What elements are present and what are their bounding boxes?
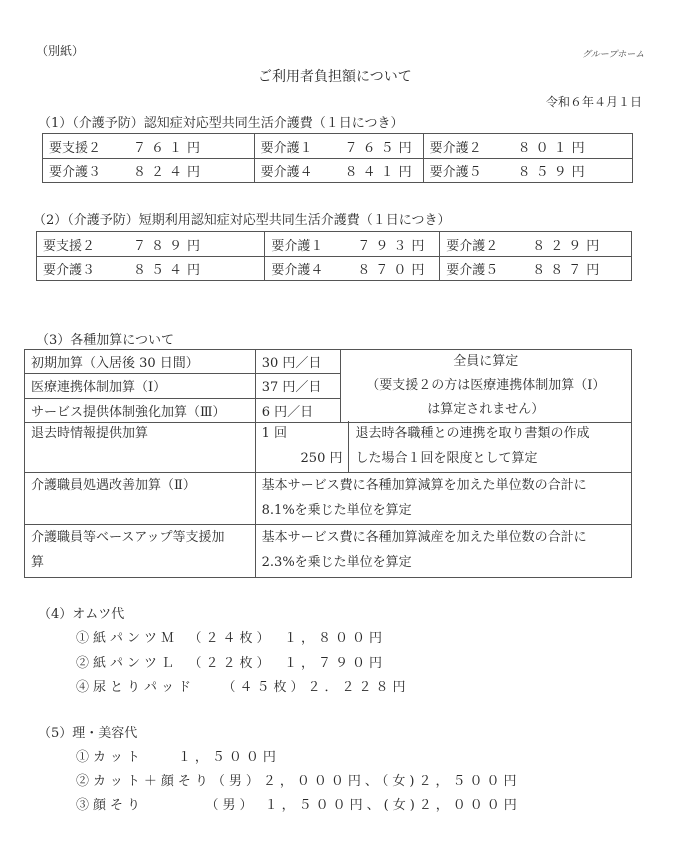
fee-cell: 要介護３８５４円 — [37, 257, 265, 281]
note-line: 全員に算定 — [347, 350, 625, 374]
addition-description: 基本サービス費に各種加算減算を加えた単位数の合計に 8.1%を乗じた単位を算定 — [255, 473, 631, 525]
fee-cell: 要支援２７８９円 — [37, 232, 265, 257]
amount-line: 250 円 — [262, 446, 343, 471]
addition-name: 介護職員処遇改善加算（Ⅱ） — [25, 473, 256, 525]
table-row: 要介護３８２４円 要介護４８４１円 要介護５８５９円 — [43, 159, 633, 183]
fee-cell: 要介護２８２９円 — [440, 232, 632, 257]
list-item: ③顔そり （男） １，５００円、(女)２，０００円 — [76, 794, 521, 813]
fee-value: ８５４円 — [133, 259, 205, 278]
addition-amount: 6 円／日 — [255, 398, 340, 422]
fee-value: ８４１円 — [345, 161, 417, 180]
description-line: 基本サービス費に各種加算減算を加えた単位数の合計に — [262, 473, 625, 498]
fee-cell: 要介護３８２４円 — [43, 159, 255, 183]
care-level: 要介護２ — [430, 137, 494, 156]
addition-amount: 1 回 250 円 — [255, 421, 349, 472]
list-item: ①カット １，５００円 — [76, 746, 280, 765]
addition-name: サービス提供体制強化加算（Ⅲ） — [25, 398, 256, 422]
addition-description: 基本サービス費に各種加算減産を加えた単位数の合計に 2.3%を乗じた単位を算定 — [255, 525, 631, 578]
care-level: 要介護１ — [271, 235, 335, 254]
fee-value: ８５９円 — [518, 161, 590, 180]
table-row: 要支援２７８９円 要介護１７９３円 要介護２８２９円 — [37, 232, 632, 257]
care-level: 要介護４ — [271, 259, 335, 278]
addition-name: 医療連携体制加算（Ⅰ） — [25, 374, 256, 398]
fee-value: ７６１円 — [133, 137, 205, 156]
fee-cell: 要介護１７９３円 — [265, 232, 440, 257]
care-level: 要介護２ — [446, 235, 510, 254]
care-level: 要支援２ — [43, 235, 107, 254]
addition-description: 退去時各職種との連携を取り書類の作成 した場合１回を限度として算定 — [349, 421, 632, 472]
addition-note: 全員に算定 （要支援２の方は医療連携体制加算（Ⅰ） は算定されません） — [340, 350, 631, 423]
care-level: 要介護４ — [261, 161, 325, 180]
description-line: 基本サービス費に各種加算減産を加えた単位数の合計に — [262, 525, 625, 550]
fee-value: ８８７円 — [532, 259, 604, 278]
fee-value: ７９３円 — [357, 235, 429, 254]
list-item: ④尿とりパッド （４５枚）２．２２８円 — [76, 676, 410, 695]
section1-heading: （1）（介護予防）認知症対応型共同生活介護費（１日につき） — [38, 112, 404, 131]
section2-heading: （2）（介護予防）短期利用認知症対応型共同生活介護費（１日につき） — [33, 209, 451, 228]
fee-cell: 要支援２７６１円 — [43, 134, 255, 159]
fee-cell: 要介護５８８７円 — [440, 257, 632, 281]
section1-fee-table: 要支援２７６１円 要介護１７６５円 要介護２８０１円 要介護３８２４円 要介護４… — [42, 133, 633, 183]
addition-name: 退去時情報提供加算 — [25, 421, 256, 472]
section4-heading: （4）オムツ代 — [38, 603, 124, 622]
care-level: 要介護３ — [43, 259, 107, 278]
fee-cell: 要介護１７６５円 — [254, 134, 423, 159]
fee-value: ８７０円 — [357, 259, 429, 278]
description-line: 8.1%を乗じた単位を算定 — [262, 498, 625, 523]
care-level: 要介護１ — [261, 137, 325, 156]
table-row: 初期加算（入居後 30 日間） 30 円／日 全員に算定 （要支援２の方は医療連… — [25, 350, 632, 374]
section2-fee-table: 要支援２７８９円 要介護１７９３円 要介護２８２９円 要介護３８５４円 要介護４… — [36, 231, 632, 281]
addition-amount: 37 円／日 — [255, 374, 340, 398]
additions-table-staff: 介護職員処遇改善加算（Ⅱ） 基本サービス費に各種加算減算を加えた単位数の合計に … — [24, 472, 632, 578]
fee-value: ８２４円 — [133, 161, 205, 180]
addition-name: 初期加算（入居後 30 日間） — [25, 350, 256, 374]
fee-value: ７６５円 — [345, 137, 417, 156]
list-item: ②紙パンツＬ （２２枚） １，７９０円 — [76, 652, 386, 671]
table-row: 退去時情報提供加算 1 回 250 円 退去時各職種との連携を取り書類の作成 し… — [25, 421, 632, 472]
section3-heading: （3）各種加算について — [36, 329, 174, 348]
care-level: 要介護３ — [49, 161, 113, 180]
name-line: 介護職員等ベースアップ等支援加 — [31, 525, 249, 550]
fee-cell: 要介護４８４１円 — [254, 159, 423, 183]
table-row: 要支援２７６１円 要介護１７６５円 要介護２８０１円 — [43, 134, 633, 159]
additions-table-top: 初期加算（入居後 30 日間） 30 円／日 全員に算定 （要支援２の方は医療連… — [24, 349, 632, 423]
page-title: ご利用者負担額について — [258, 66, 412, 86]
fee-value: ８０１円 — [518, 137, 590, 156]
care-level: 要介護５ — [446, 259, 510, 278]
note-line: は算定されません） — [347, 398, 625, 422]
list-item: ①紙パンツＭ （２４枚） １，８００円 — [76, 627, 386, 646]
description-line: 退去時各職種との連携を取り書類の作成 — [355, 421, 625, 446]
description-line: した場合１回を限度として算定 — [355, 446, 625, 471]
description-line: 2.3%を乗じた単位を算定 — [262, 550, 625, 575]
addition-name: 介護職員等ベースアップ等支援加 算 — [25, 525, 256, 578]
section5-heading: （5）理・美容代 — [38, 722, 137, 741]
attachment-label: （別紙） — [36, 42, 84, 59]
list-item: ②カット＋顔そり（男）２，０００円、（女)２，５００円 — [76, 770, 520, 789]
fee-cell: 要介護５８５９円 — [423, 159, 632, 183]
fee-value: ７８９円 — [133, 235, 205, 254]
document-date: 令和６年４月１日 — [546, 93, 642, 110]
note-line: （要支援２の方は医療連携体制加算（Ⅰ） — [347, 374, 625, 398]
table-row: 要介護３８５４円 要介護４８７０円 要介護５８８７円 — [37, 257, 632, 281]
fee-cell: 要介護２８０１円 — [423, 134, 632, 159]
facility-type: グループホーム — [582, 47, 644, 60]
table-row: 介護職員等ベースアップ等支援加 算 基本サービス費に各種加算減産を加えた単位数の… — [25, 525, 632, 578]
name-line: 算 — [31, 550, 249, 575]
care-level: 要介護５ — [430, 161, 494, 180]
table-row: 介護職員処遇改善加算（Ⅱ） 基本サービス費に各種加算減算を加えた単位数の合計に … — [25, 473, 632, 525]
amount-line: 1 回 — [262, 421, 343, 446]
addition-amount: 30 円／日 — [255, 350, 340, 374]
care-level: 要支援２ — [49, 137, 113, 156]
additions-table-discharge: 退去時情報提供加算 1 回 250 円 退去時各職種との連携を取り書類の作成 し… — [24, 421, 632, 473]
fee-cell: 要介護４８７０円 — [265, 257, 440, 281]
fee-value: ８２９円 — [532, 235, 604, 254]
